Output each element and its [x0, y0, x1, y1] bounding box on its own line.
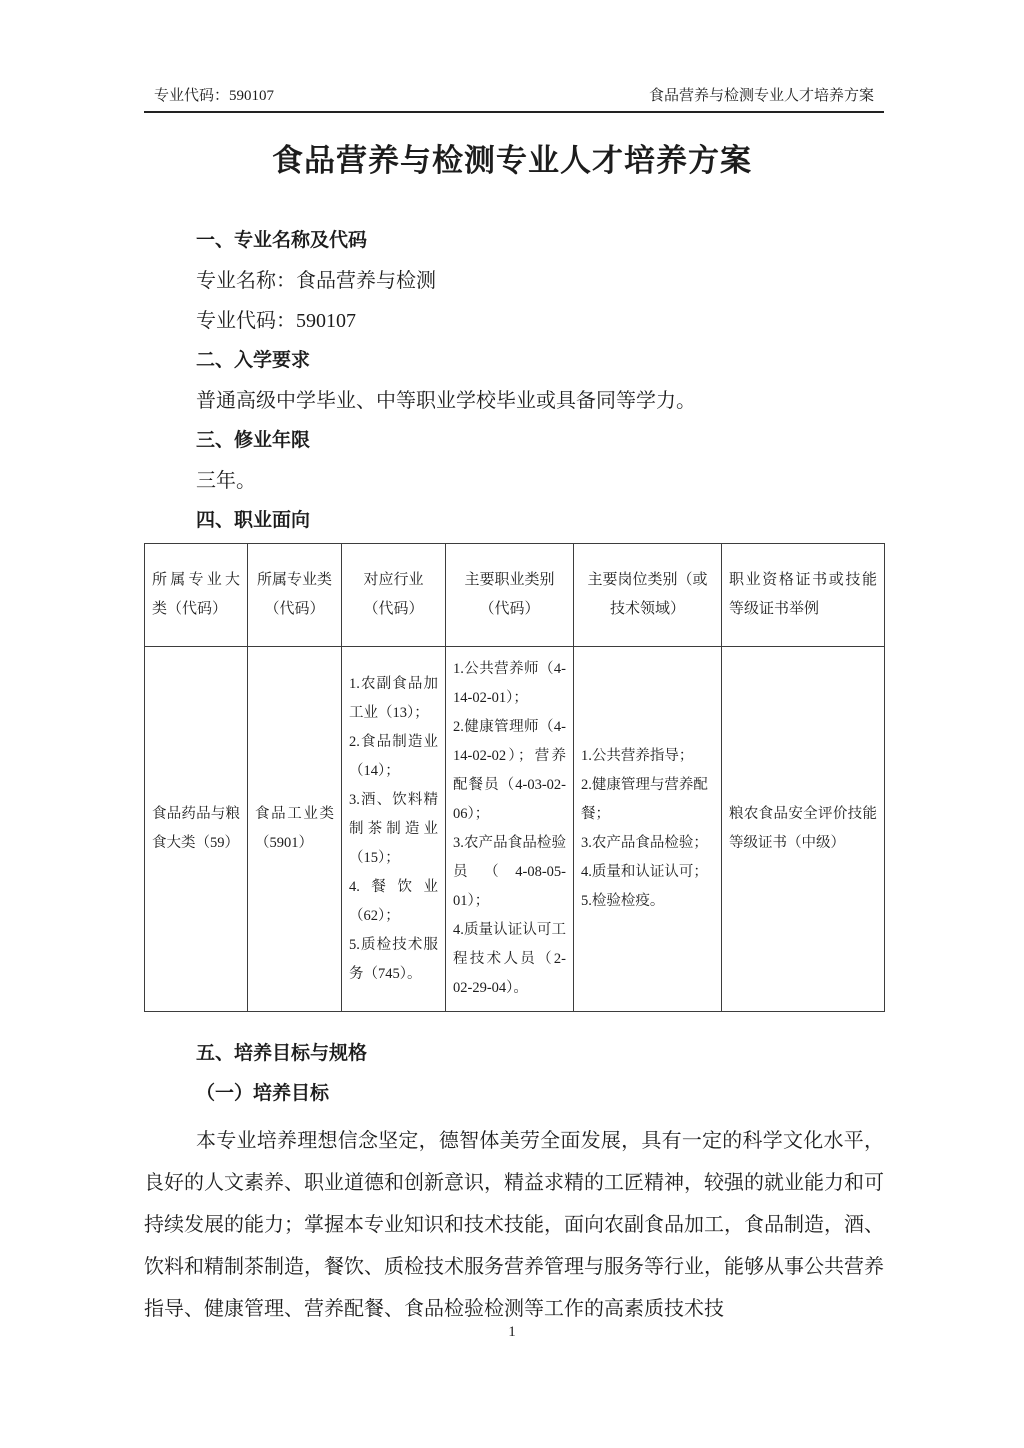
industry-item: 5.质检技术服务（745）。 — [349, 931, 438, 989]
industry-item: 4.餐饮业（62）； — [349, 873, 438, 931]
position-item: 4.质量和认证认可； — [581, 858, 714, 887]
cell-certificates: 粮农食品安全评价技能等级证书（中级） — [722, 647, 885, 1012]
header-doc-name: 食品营养与检测专业人才培养方案 — [649, 86, 874, 106]
section-4-heading: 四、职业面向 — [144, 501, 884, 541]
industry-item: 2.食品制造业（14）； — [349, 728, 438, 786]
section-5-subheading: （一）培养目标 — [144, 1074, 884, 1114]
col-header-certificates: 职业资格证书或技能等级证书举例 — [722, 544, 885, 647]
table-row: 食品药品与粮食大类（59） 食品工业类（5901） 1.农副食品加工业（13）；… — [145, 647, 885, 1012]
page-footer: 1 — [0, 1322, 1024, 1342]
col-header-major-category: 所属专业大类（代码） — [145, 544, 248, 647]
section-5-heading: 五、培养目标与规格 — [144, 1034, 884, 1074]
study-period-line: 三年。 — [144, 461, 884, 501]
industry-item: 1.农副食品加工业（13）； — [349, 670, 438, 728]
occupation-item: 1.公共营养师（4-14-02-01）； — [453, 655, 566, 713]
col-header-industries: 对应行业（代码） — [342, 544, 446, 647]
occupation-item: 4.质量认证认可工程技术人员（2-02-29-04）。 — [453, 916, 566, 1003]
industry-item: 3.酒、饮料精制茶制造业（15）； — [349, 786, 438, 873]
position-item: 5.检验检疫。 — [581, 887, 714, 916]
occupation-item: 2.健康管理师（4-14-02-02）；营养配餐员（4-03-02-06）； — [453, 713, 566, 829]
document-title: 食品营养与检测专业人才培养方案 — [0, 143, 1024, 179]
career-orientation-table: 所属专业大类（代码） 所属专业类（代码） 对应行业（代码） 主要职业类别（代码）… — [144, 543, 885, 1012]
entry-requirement-line: 普通高级中学毕业、中等职业学校毕业或具备同等学力。 — [144, 381, 884, 421]
table-header-row: 所属专业大类（代码） 所属专业类（代码） 对应行业（代码） 主要职业类别（代码）… — [145, 544, 885, 647]
training-objective-paragraph: 本专业培养理想信念坚定，德智体美劳全面发展，具有一定的科学文化水平，良好的人文素… — [144, 1120, 884, 1330]
col-header-positions: 主要岗位类别（或技术领域） — [574, 544, 722, 647]
document-body: 一、专业名称及代码 专业名称：食品营养与检测 专业代码：590107 二、入学要… — [144, 221, 884, 1330]
col-header-occupations: 主要职业类别（代码） — [446, 544, 574, 647]
position-item: 3.农产品食品检验； — [581, 829, 714, 858]
header-major-code: 专业代码：590107 — [154, 86, 274, 106]
position-item: 2.健康管理与营养配餐； — [581, 771, 714, 829]
cell-major-category: 食品药品与粮食大类（59） — [145, 647, 248, 1012]
page-number: 1 — [508, 1324, 516, 1340]
cell-positions: 1.公共营养指导； 2.健康管理与营养配餐； 3.农产品食品检验； 4.质量和认… — [574, 647, 722, 1012]
section-2-heading: 二、入学要求 — [144, 341, 884, 381]
position-item: 1.公共营养指导； — [581, 742, 714, 771]
cell-industries: 1.农副食品加工业（13）； 2.食品制造业（14）； 3.酒、饮料精制茶制造业… — [342, 647, 446, 1012]
major-name-line: 专业名称：食品营养与检测 — [144, 261, 884, 301]
cell-major-class: 食品工业类（5901） — [248, 647, 342, 1012]
cell-occupations: 1.公共营养师（4-14-02-01）； 2.健康管理师（4-14-02-02）… — [446, 647, 574, 1012]
page-header: 专业代码：590107 食品营养与检测专业人才培养方案 — [144, 86, 884, 113]
section-3-heading: 三、修业年限 — [144, 421, 884, 461]
occupation-item: 3.农产品食品检验员（4-08-05-01）； — [453, 829, 566, 916]
major-code-line: 专业代码：590107 — [144, 301, 884, 341]
section-1-heading: 一、专业名称及代码 — [144, 221, 884, 261]
col-header-major-class: 所属专业类（代码） — [248, 544, 342, 647]
document-page: 专业代码：590107 食品营养与检测专业人才培养方案 食品营养与检测专业人才培… — [0, 0, 1024, 1448]
